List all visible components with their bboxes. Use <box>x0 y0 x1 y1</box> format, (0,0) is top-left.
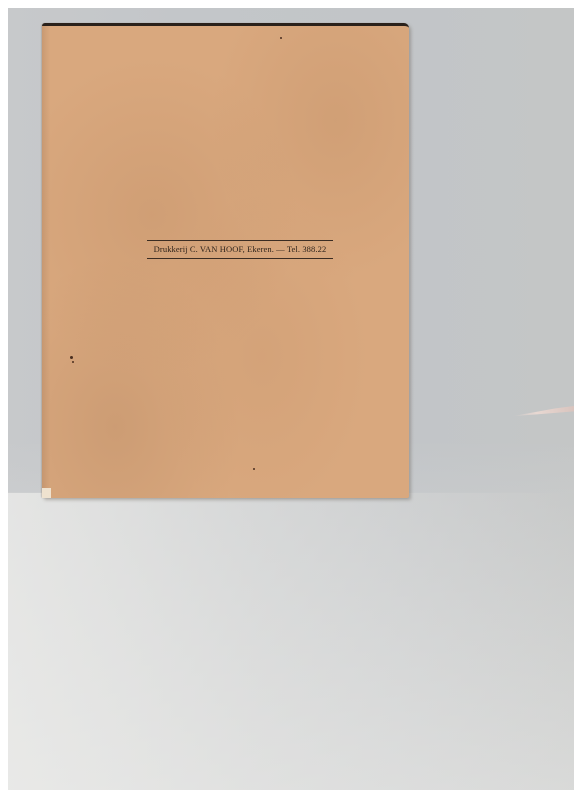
cover-edge-shading <box>42 26 50 498</box>
imprint-text: Drukkerij C. VAN HOOF, Ekeren. — Tel. 38… <box>154 244 327 254</box>
book-back-cover: Drukkerij C. VAN HOOF, Ekeren. — Tel. 38… <box>42 23 409 498</box>
printer-imprint: Drukkerij C. VAN HOOF, Ekeren. — Tel. 38… <box>147 240 333 259</box>
stain-speck <box>70 356 73 359</box>
worn-corner <box>42 488 51 498</box>
stain-speck <box>253 468 255 470</box>
stain-speck <box>280 37 282 39</box>
stain-speck <box>72 361 74 363</box>
